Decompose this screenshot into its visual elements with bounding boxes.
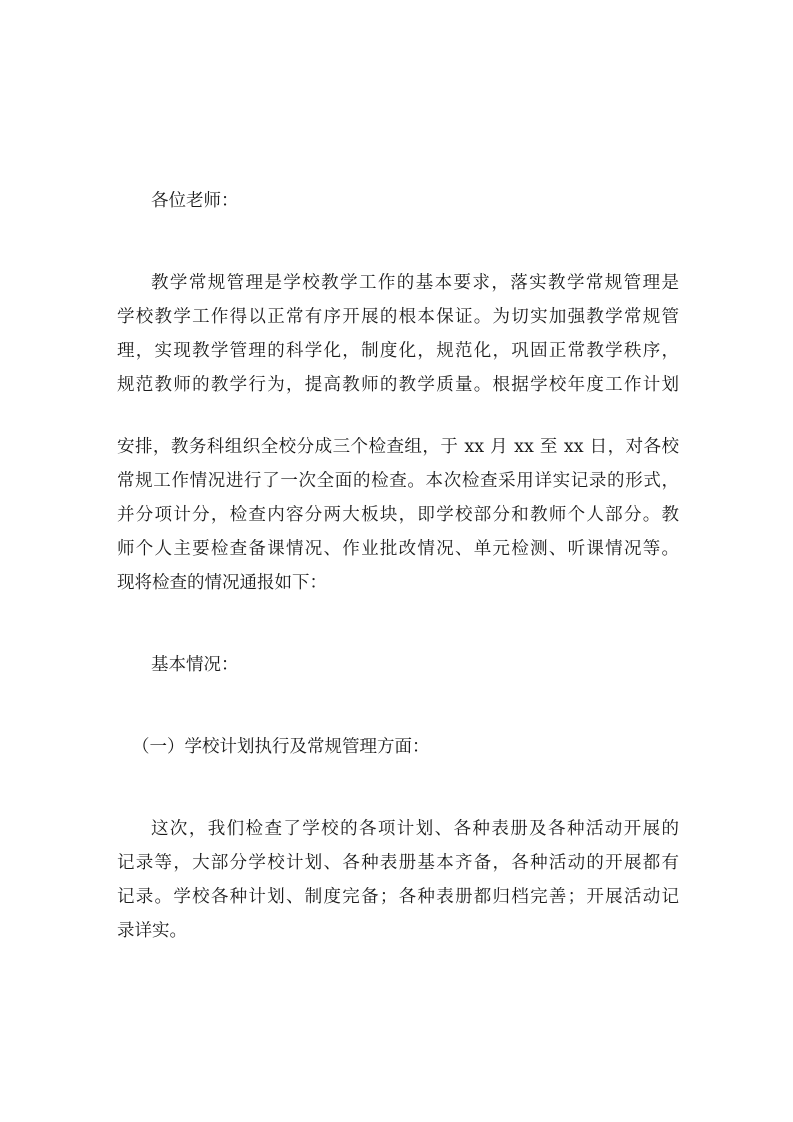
paragraph-line: 并分项计分，检查内容分两大板块，即学校部分和教师个人部分。教: [117, 504, 679, 526]
paragraph-line: 安排，教务科组织全校分成三个检查组，于 xx 月 xx 至 xx 日，对各校: [117, 436, 679, 458]
paragraph-line: 常规工作情况进行了一次全面的检查。本次检查采用详实记录的形式，: [117, 470, 679, 492]
paragraph-line: 记录。学校各种计划、制度完备；各种表册都归档完善；开展活动记: [117, 886, 679, 908]
paragraph-line: 规范教师的教学行为，提高教师的教学质量。根据学校年度工作计划: [117, 374, 679, 396]
document-page: 各位老师： 教学常规管理是学校教学工作的基本要求，落实教学常规管理是 学校教学工…: [0, 0, 793, 1122]
subsection-heading: （一）学校计划执行及常规管理方面：: [132, 736, 430, 758]
paragraph-line: 现将检查的情况通报如下：: [117, 572, 327, 594]
paragraph-line: 这次，我们检查了学校的各项计划、各种表册及各种活动开展的: [151, 818, 679, 840]
paragraph-line: 理，实现教学管理的科学化，制度化，规范化，巩固正常教学秩序，: [117, 340, 679, 362]
paragraph-line: 师个人主要检查备课情况、作业批改情况、单元检测、听课情况等。: [117, 538, 679, 560]
paragraph-line: 录详实。: [117, 920, 187, 942]
salutation: 各位老师：: [151, 190, 239, 212]
paragraph-line: 教学常规管理是学校教学工作的基本要求，落实教学常规管理是: [151, 272, 679, 294]
paragraph-line: 记录等，大部分学校计划、各种表册基本齐备，各种活动的开展都有: [117, 852, 679, 874]
section-heading: 基本情况：: [151, 654, 239, 676]
paragraph-line: 学校教学工作得以正常有序开展的根本保证。为切实加强教学常规管: [117, 306, 679, 328]
